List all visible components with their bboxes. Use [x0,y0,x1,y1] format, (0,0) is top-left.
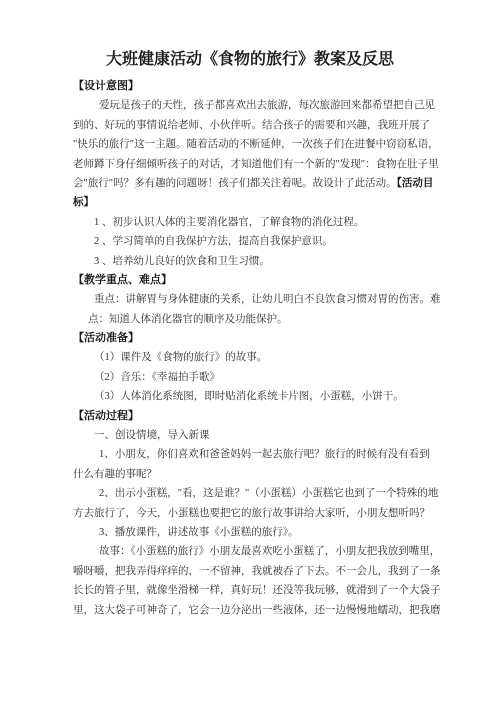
process-step-1-title: 一、创设情境，导入新课 [73,426,430,445]
focus-header: 【教学重点、难点】 [73,271,430,290]
design-intent-line-1: 爱玩是孩子的天性，孩子都喜欢出去旅游，每次旅游回来都希望把自己见 [73,96,430,115]
story-line-1: 故事：《小蛋糕的旅行》小朋友最喜欢吃小蛋糕了，小朋友把我放到嘴里， [73,542,430,561]
activity-goals-header-wrap: 标】 [73,193,430,212]
preparation-item-3: （3）人体消化系统图，即时贴消化系统卡片图，小蛋糕，小饼干。 [73,387,430,406]
goal-item-1: 1 、初步认识人体的主要消化器官，了解食物的消化过程。 [73,213,430,232]
activity-goals-header-start: 【活动目 [397,178,434,189]
design-intent-line-2: 到的、好玩的事情说给老师、小伙伴听。结合孩子的需要和兴趣，我班开展了 [73,116,430,135]
process-header: 【活动过程】 [73,407,430,426]
goal-item-2: 2 、学习简单的自我保护方法，提高自我保护意识。 [73,232,430,251]
story-line-2: 嚼呀嚼，把我弄得痒痒的，一不留神，我就被吞了下去。不一会儿，我到了一条 [73,562,430,581]
design-intent-line-3: "快乐的旅行"这一主题。随着活动的不断延伸，一次孩子们在进餐中窃窃私语， [73,135,430,154]
process-q2-line-2: 方去旅行了，今天，小蛋糕也要把它的旅行故事讲给大家听，小朋友想听吗？ [73,504,430,523]
document-body: 【设计意图】 爱玩是孩子的天性，孩子都喜欢出去旅游，每次旅游回来都希望把自己见 … [73,77,430,620]
document-page: 大班健康活动《食物的旅行》教案及反思 【设计意图】 爱玩是孩子的天性，孩子都喜欢… [0,0,500,707]
design-intent-header: 【设计意图】 [73,77,430,96]
focus-line-2: 点：知道人体消化器官的顺序及功能保护。 [73,310,430,329]
design-intent-line-4: 老师蹲下身仔细倾听孩子的对话，才知道他们有一个新的"发现"：食物在肚子里 [73,155,430,174]
design-intent-line-5-text: 会"旅行"吗？多有趣的问题呀！孩子们都关注着呢。故设计了此活动。 [73,178,397,189]
process-q1-line-1: 1、小朋友，你们喜欢和爸爸妈妈一起去旅行吧？旅行的时候有没有看到 [73,445,430,464]
page-title: 大班健康活动《食物的旅行》教案及反思 [0,46,500,69]
goal-item-3: 3 、培养幼儿良好的饮食和卫生习惯。 [73,252,430,271]
story-line-3: 长长的管子里，就像坐滑梯一样，真好玩！还没等我玩够，就滑到了一个大袋子 [73,581,430,600]
preparation-header: 【活动准备】 [73,329,430,348]
focus-line-1: 重点：讲解胃与身体健康的关系，让幼儿明白不良饮食习惯对胃的伤害。难 [73,290,430,309]
process-q2-line-1: 2、出示小蛋糕，"看，这是谁？"（小蛋糕）小蛋糕它也到了一个特殊的地 [73,484,430,503]
process-q3-line: 3、播放课件，讲述故事《小蛋糕的旅行》。 [73,523,430,542]
design-intent-line-5: 会"旅行"吗？多有趣的问题呀！孩子们都关注着呢。故设计了此活动。【活动目 [73,174,430,193]
process-q1-line-2: 什么有趣的事呢？ [73,465,430,484]
preparation-item-2: （2）音乐：《幸福拍手歌》 [73,368,430,387]
story-line-4: 里，这大袋子可神奇了，它会一边分泌出一些液体，还一边慢慢地蠕动，把我磨 [73,601,430,620]
preparation-item-1: （1）课件及《食物的旅行》的故事。 [73,348,430,367]
